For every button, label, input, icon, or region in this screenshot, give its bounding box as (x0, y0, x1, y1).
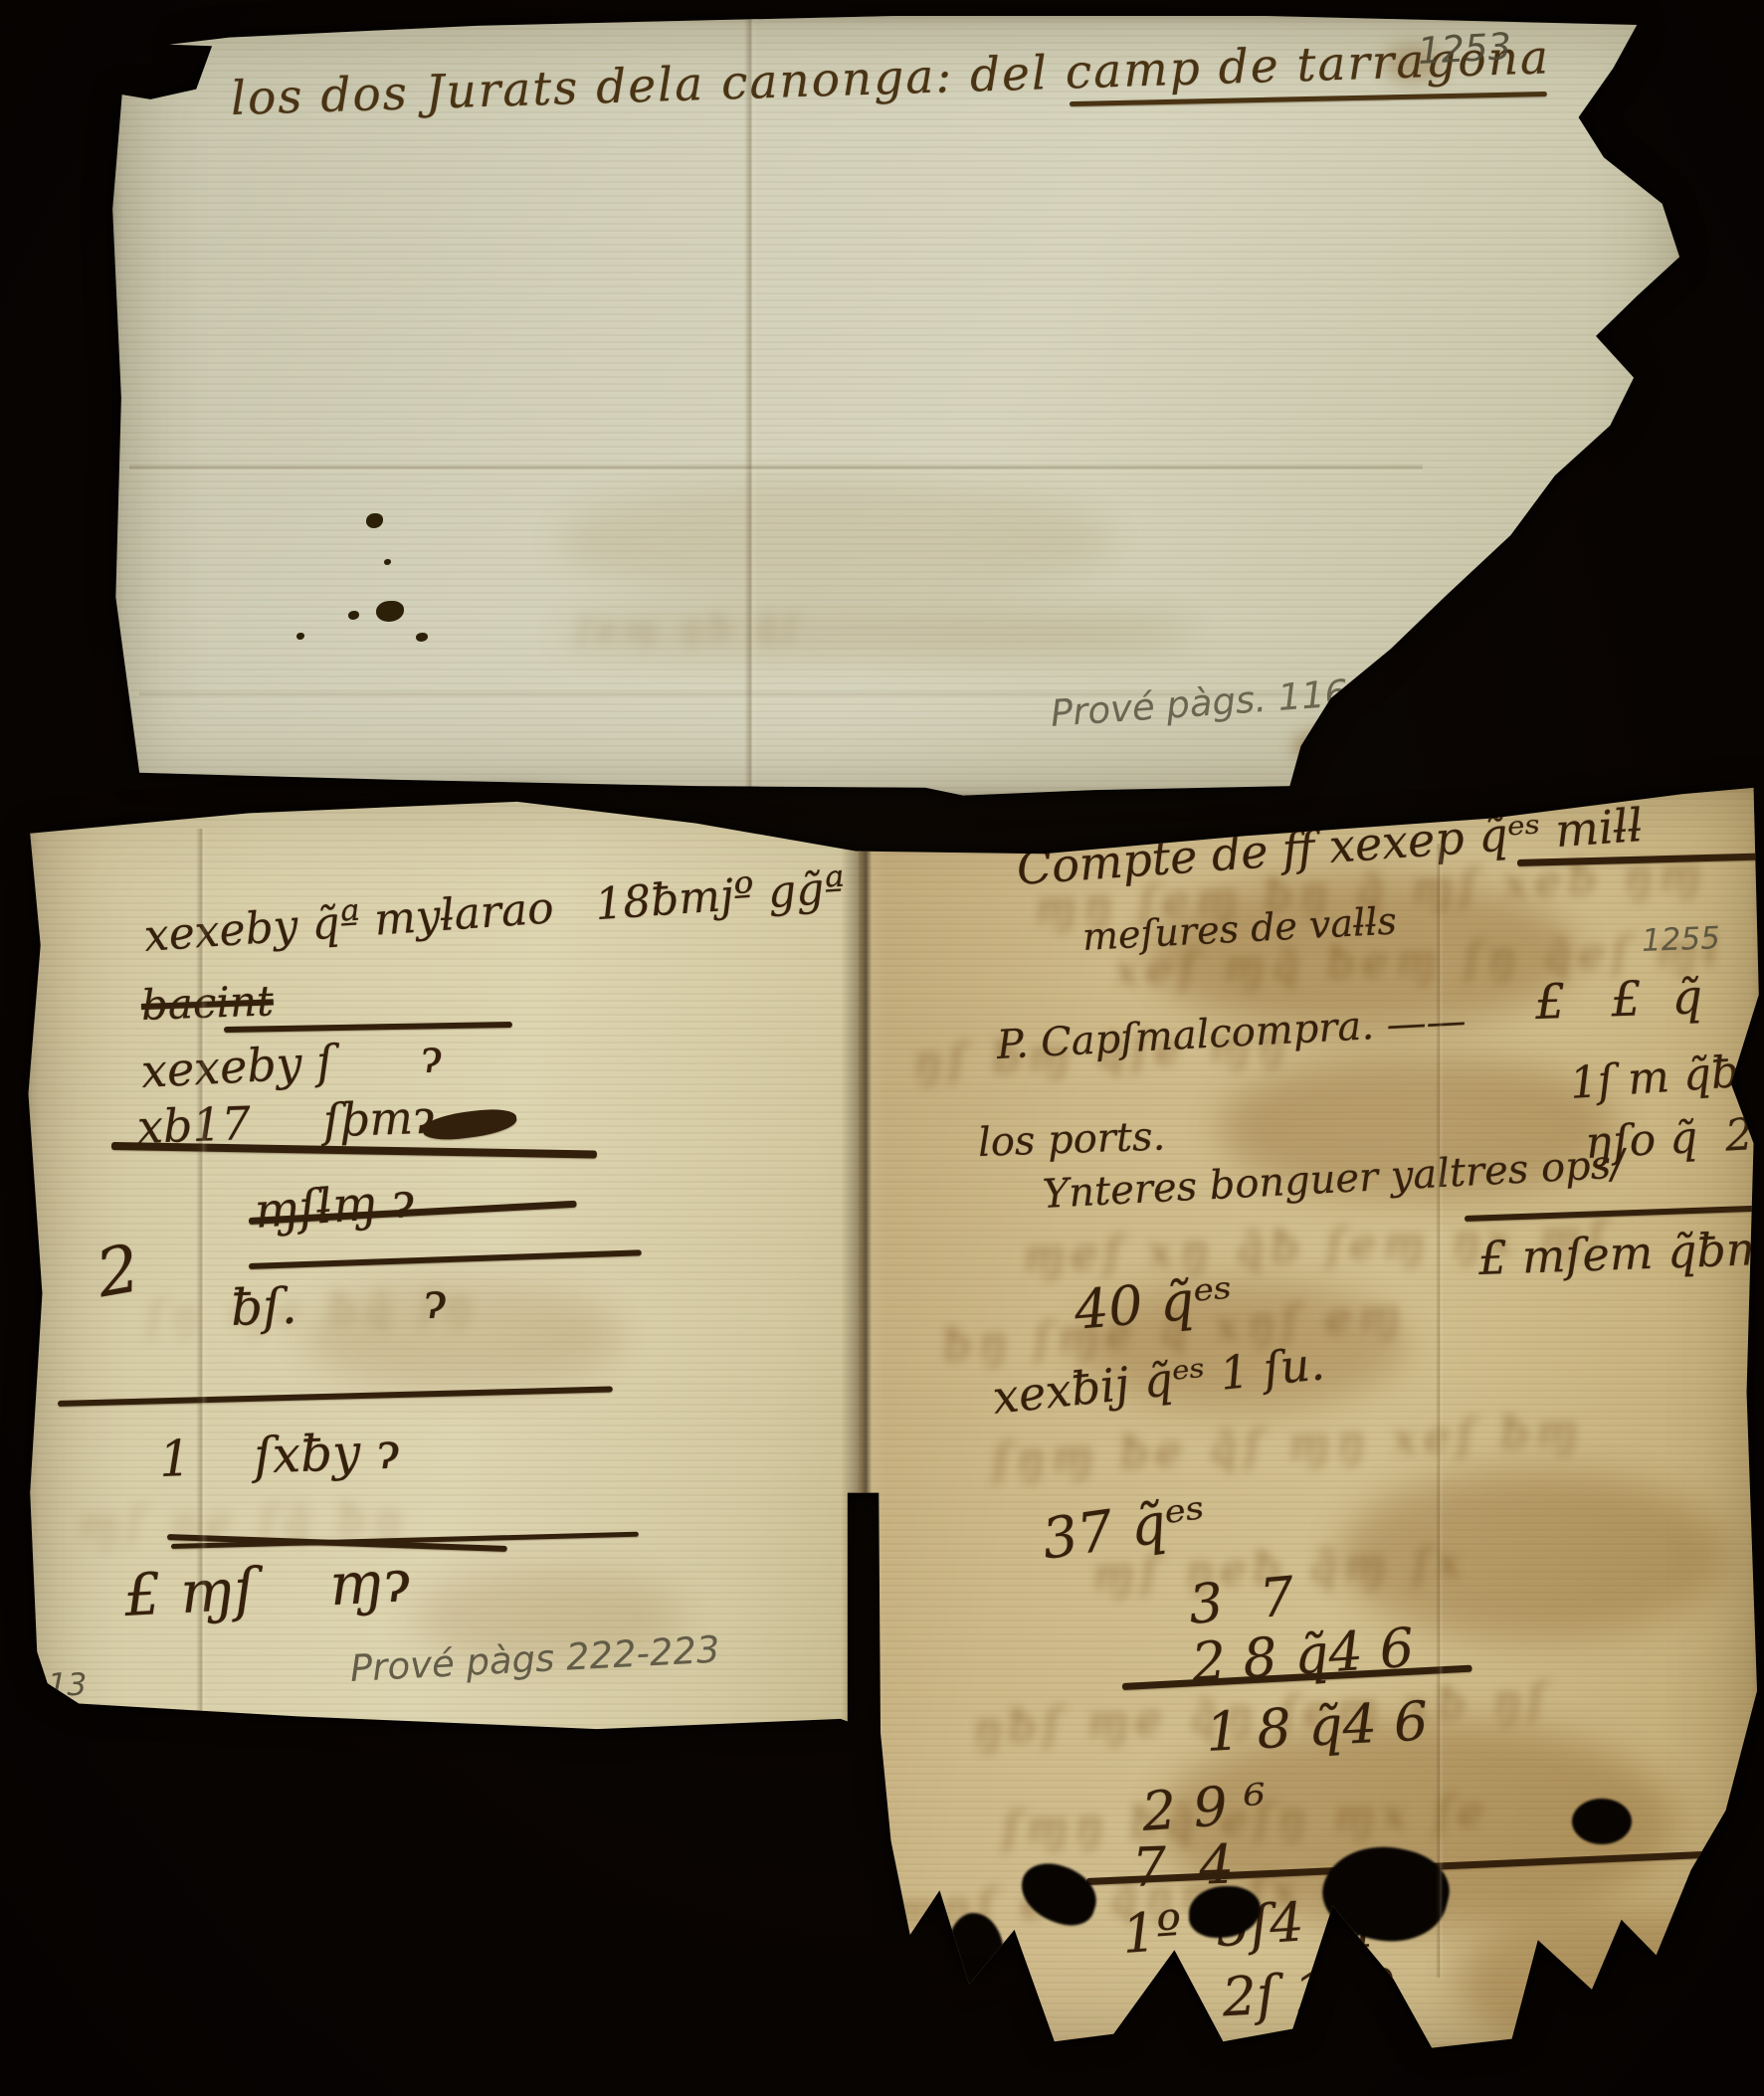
manuscript-line-receipt-4: 1 ſxƀy ɂ (158, 1423, 400, 1488)
account-total: £ mſem q̃ƀm (1477, 1222, 1764, 1285)
fold-crease (129, 464, 1423, 474)
bottom-document: ɱŋ ſeɱ ƀŋ q̃ ɱſ xeƀ ŋɱ xeſ ɱq̃ ƀeɱ ſŋ q̃… (25, 784, 1764, 2054)
title-inscription: los dos Jurats dela canonga: del camp de… (230, 30, 1551, 126)
ink-showthrough: ſeɱ ŋƀ q̃ſ (577, 607, 804, 651)
ink-speck (416, 633, 428, 642)
top-document: ſeɱ ŋƀ q̃ſ los dos Jurats dela canonga: … (109, 14, 1687, 798)
amount-top: £ £ q̃ (1534, 969, 1703, 1031)
photo-canvas: ſeɱ ŋƀ q̃ſ los dos Jurats dela canonga: … (0, 0, 1764, 2096)
arithmetic-line-4: 2 9 ⁶ (1140, 1772, 1269, 1843)
arithmetic-line-7: 5 2ſ 199 (1152, 1957, 1397, 2032)
ink-speck (296, 633, 304, 640)
pencil-page-number: 213 (28, 1667, 87, 1703)
entry-los-ports: los ports. (977, 1113, 1166, 1166)
stain (1293, 728, 1388, 766)
edge-shading (109, 14, 1687, 798)
stain (557, 481, 1114, 601)
pencil-provenance-note: Prové pàgs. 116-117 (1050, 666, 1434, 735)
arithmetic-line-3: 1 8 q̃4 6 (1204, 1689, 1429, 1764)
ink-speck (348, 611, 359, 620)
paper-texture (109, 14, 1687, 798)
archive-number: 1255 (1641, 920, 1720, 959)
ink-speck (376, 601, 404, 622)
archive-number: 1253 (1417, 25, 1512, 73)
tear-hole (1572, 1799, 1632, 1844)
fold-crease (744, 14, 758, 798)
manuscript-line-struck-sum: ɱſƚɱ ɂ (252, 1173, 416, 1239)
manuscript-line-amount: ƀſ. ɂ (230, 1271, 448, 1337)
manuscript-line-cancelled: bacint (140, 976, 274, 1030)
ink-speck (366, 513, 383, 528)
ink-speck (384, 559, 391, 565)
stain (1458, 1908, 1764, 2054)
